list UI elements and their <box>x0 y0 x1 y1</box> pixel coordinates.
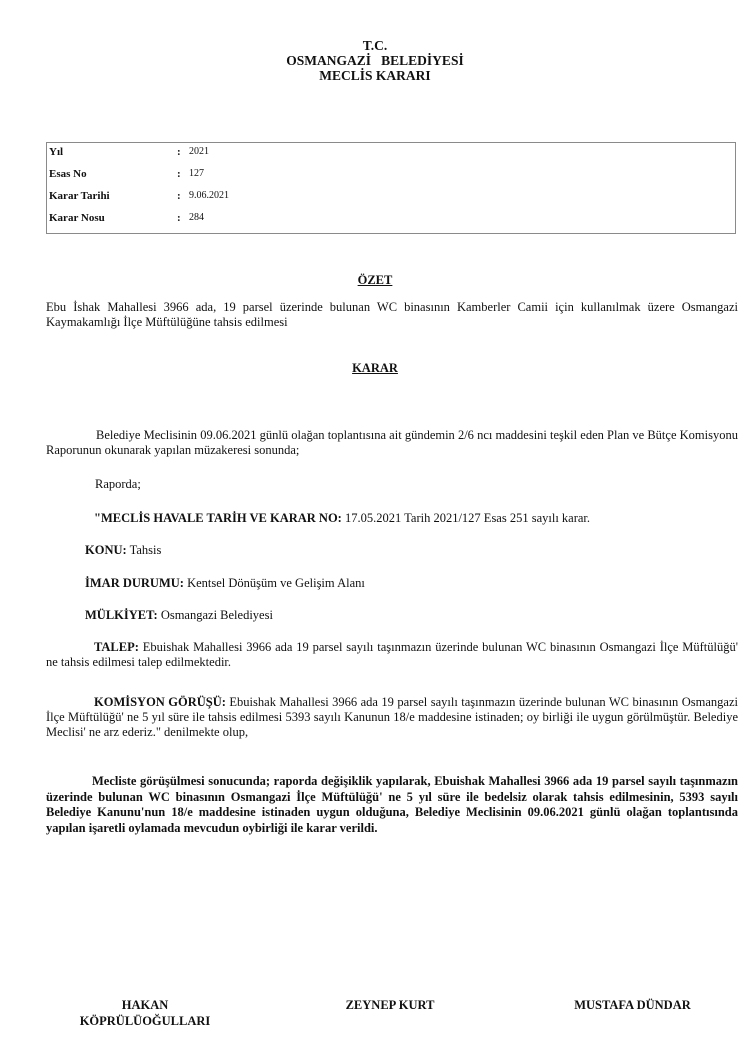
karar-intro: Belediye Meclisinin 09.06.2021 günlü ola… <box>46 428 738 458</box>
imar-value: Kentsel Dönüşüm ve Gelişim Alanı <box>184 576 365 590</box>
signature-name: ZEYNEP KURT <box>320 997 460 1013</box>
ozet-text: Ebu İshak Mahallesi 3966 ada, 19 parsel … <box>46 300 738 330</box>
havale-line: "MECLİS HAVALE TARİH VE KARAR NO: 17.05.… <box>94 511 590 526</box>
info-value: 2021 <box>189 143 209 161</box>
document-header: T.C. OSMANGAZİ BELEDİYESİ MECLİS KARARI <box>0 38 750 83</box>
konu-line: KONU: Tahsis <box>85 543 161 558</box>
karar-title: KARAR <box>0 361 750 376</box>
havale-value: 17.05.2021 Tarih 2021/127 Esas 251 sayıl… <box>342 511 590 525</box>
raporda-label: Raporda; <box>95 477 141 492</box>
havale-label: "MECLİS HAVALE TARİH VE KARAR NO: <box>94 511 342 525</box>
info-label: Karar Tarihi <box>49 187 169 205</box>
info-colon: : <box>177 165 181 183</box>
talep-label: TALEP: <box>94 640 139 654</box>
info-label: Yıl <box>49 143 169 161</box>
signature-1: HAKAN KÖPRÜLÜOĞULLARI <box>60 997 230 1029</box>
mulkiyet-line: MÜLKİYET: Osmangazi Belediyesi <box>85 608 273 623</box>
mulkiyet-label: MÜLKİYET: <box>85 608 158 622</box>
decision-paragraph: Mecliste görüşülmesi sonucunda; raporda … <box>46 774 738 836</box>
header-municipality: OSMANGAZİ BELEDİYESİ <box>0 53 750 68</box>
signature-surname: KÖPRÜLÜOĞULLARI <box>60 1013 230 1029</box>
info-value: 284 <box>189 209 204 227</box>
info-value: 127 <box>189 165 204 183</box>
info-colon: : <box>177 143 181 161</box>
konu-label: KONU: <box>85 543 127 557</box>
info-value: 9.06.2021 <box>189 187 229 205</box>
imar-label: İMAR DURUMU: <box>85 576 184 590</box>
signature-2: ZEYNEP KURT <box>320 997 460 1013</box>
komisyon-label: KOMİSYON GÖRÜŞÜ: <box>94 695 226 709</box>
signature-name: MUSTAFA DÜNDAR <box>545 997 720 1013</box>
imar-line: İMAR DURUMU: Kentsel Dönüşüm ve Gelişim … <box>85 576 365 591</box>
info-label: Karar Nosu <box>49 209 169 227</box>
mulkiyet-value: Osmangazi Belediyesi <box>158 608 273 622</box>
header-doc-type: MECLİS KARARI <box>0 68 750 83</box>
talep-paragraph: TALEP: Ebuishak Mahallesi 3966 ada 19 pa… <box>46 640 738 670</box>
komisyon-paragraph: KOMİSYON GÖRÜŞÜ: Ebuishak Mahallesi 3966… <box>46 695 738 740</box>
info-label: Esas No <box>49 165 169 183</box>
info-colon: : <box>177 187 181 205</box>
talep-value: Ebuishak Mahallesi 3966 ada 19 parsel sa… <box>46 640 738 669</box>
konu-value: Tahsis <box>127 543 162 557</box>
header-tc: T.C. <box>0 38 750 53</box>
info-colon: : <box>177 209 181 227</box>
decision-info-box: Yıl : 2021 Esas No : 127 Karar Tarihi : … <box>46 142 736 234</box>
ozet-title: ÖZET <box>0 273 750 288</box>
signature-name: HAKAN <box>60 997 230 1013</box>
signature-3: MUSTAFA DÜNDAR <box>545 997 720 1013</box>
